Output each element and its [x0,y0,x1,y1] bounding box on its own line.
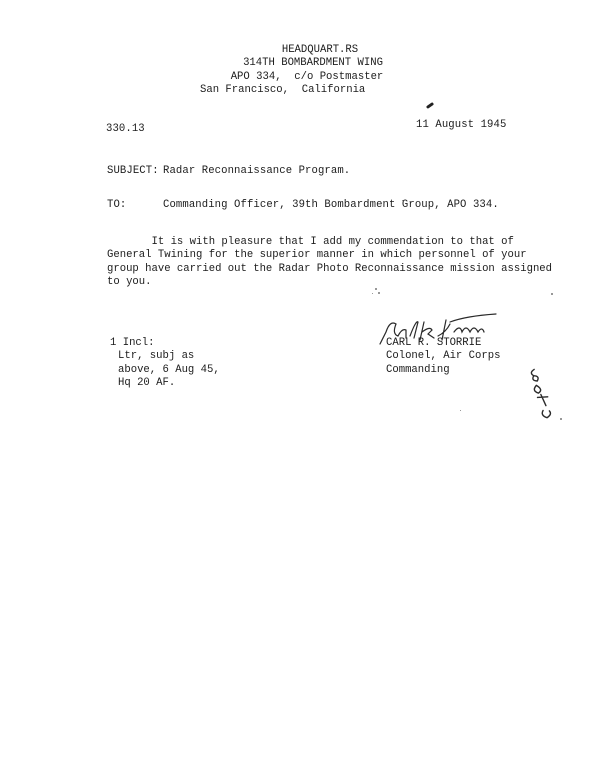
subject-label: SUBJECT: [107,165,159,178]
signature-block: CARL R. STORRIE Colonel, Air Corps Comma… [386,337,500,377]
enclosure-block: 1 Incl: Ltr, subj as above, 6 Aug 45, Hq… [110,337,220,390]
body-line: It is with pleasure that I add my commen… [107,236,552,249]
paper-speck [460,410,461,411]
signer-title: Commanding [386,364,500,377]
pen-mark [426,102,434,109]
body-line: to you. [107,276,552,289]
file-number: 330.13 [106,123,145,136]
letterhead-city: San Francisco, California [200,84,400,97]
to-label: TO: [107,199,126,212]
paper-speck [375,288,377,290]
enclosure-line: Hq 20 AF. [110,377,220,390]
paper-speck [402,200,403,201]
paper-speck [560,418,562,420]
signer-rank: Colonel, Air Corps [386,350,500,363]
letterhead: HEADQUART.RS 314TH BOMBARDMENT WING APO … [200,44,400,97]
document-date: 11 August 1945 [416,119,506,132]
enclosure-header: 1 Incl: [110,337,220,350]
letterhead-headquarters: HEADQUART.RS [200,44,400,57]
paper-speck [372,293,373,294]
document-page: HEADQUART.RS 314TH BOMBARDMENT WING APO … [0,0,600,767]
body-line: General Twining for the superior manner … [107,249,552,262]
letterhead-unit: 314TH BOMBARDMENT WING [200,57,400,70]
paper-speck [378,292,380,294]
body-line: group have carried out the Radar Photo R… [107,263,552,276]
letterhead-apo: APO 334, c/o Postmaster [200,71,400,84]
body-paragraph: It is with pleasure that I add my commen… [107,236,552,289]
to-value: Commanding Officer, 39th Bombardment Gro… [163,199,499,212]
signer-name: CARL R. STORRIE [386,337,500,350]
handwritten-margin-note: 807C [530,360,570,420]
enclosure-line: above, 6 Aug 45, [110,364,220,377]
subject-value: Radar Reconnaissance Program. [163,165,350,178]
paper-speck [551,293,553,295]
enclosure-line: Ltr, subj as [110,350,220,363]
